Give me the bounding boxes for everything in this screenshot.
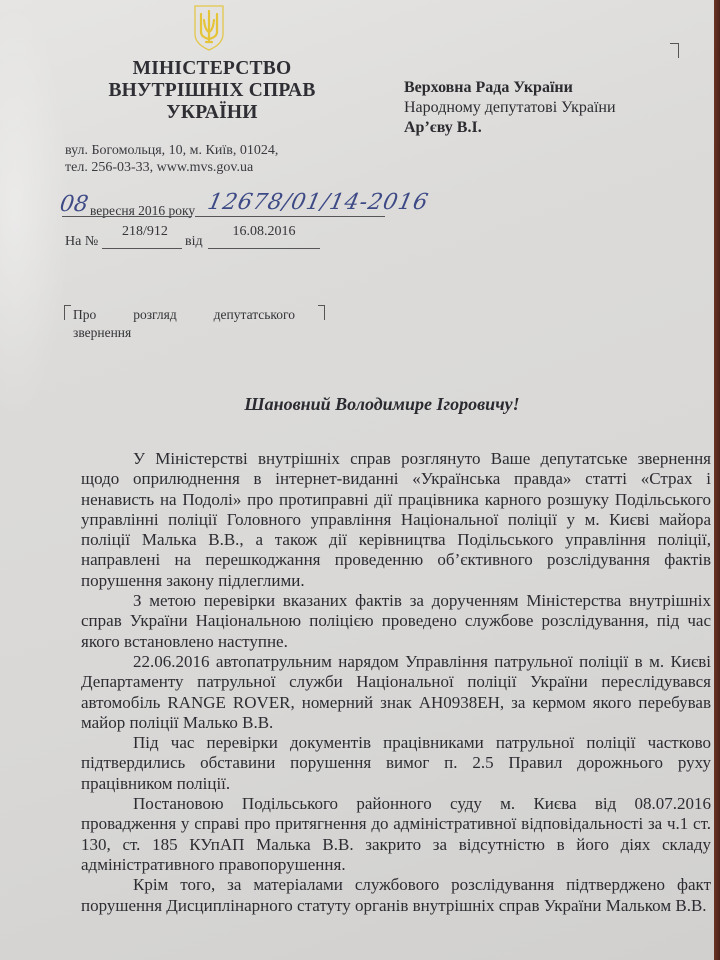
ministry-line-2: ВНУТРІШНІХ СПРАВ [82,80,342,102]
trident-coat-of-arms-icon [192,4,226,52]
salutation: Шановний Володимире Ігоровичу! [0,394,714,415]
date-underline [62,216,192,217]
reference-label: На № [65,234,98,250]
ministry-address: вул. Богомольця, 10, м. Київ, 01024, тел… [65,142,278,176]
body-paragraph: З метою перевірки вказаних фактів за дор… [81,591,711,652]
reference-number: 218/912 [110,224,180,240]
reference-underline [102,248,182,249]
subject-corner-left [64,305,71,320]
letter-body: У Міністерстві внутрішніх справ розгляну… [81,449,711,916]
recipient-corner-mark [670,43,679,58]
recipient-name: Ар’єву В.І. [404,118,616,138]
ministry-line-3: УКРАЇНИ [82,102,342,124]
outgoing-number: 12678/01/14-2016 [205,190,431,215]
recipient-organization: Верховна Рада України [404,78,616,98]
body-paragraph: 22.06.2016 автопатрульним нарядом Управл… [81,652,711,733]
contact-line: тел. 256-03-33, www.mvs.gov.ua [65,159,278,176]
subject-corner-right [318,305,325,320]
body-paragraph: Крім того, за матеріалами службового роз… [81,875,711,916]
body-paragraph: Постановою Подільського районного суду м… [81,794,711,875]
number-underline [195,216,385,217]
desk-edge [714,0,720,960]
ministry-name: МІНІСТЕРСТВО ВНУТРІШНІХ СПРАВ УКРАЇНИ [82,58,342,124]
reference-from-label: від [185,234,203,250]
recipient-block: Верховна Рада України Народному депутато… [404,78,616,138]
address-line: вул. Богомольця, 10, м. Київ, 01024, [65,142,278,159]
letter-page: МІНІСТЕРСТВО ВНУТРІШНІХ СПРАВ УКРАЇНИ ву… [0,0,714,960]
body-paragraph: У Міністерстві внутрішніх справ розгляну… [81,449,711,591]
handwritten-day: 08 [58,192,90,217]
recipient-title: Народному депутатові України [404,98,616,118]
subject-line-1: Про розгляд депутатського [73,306,295,324]
ministry-line-1: МІНІСТЕРСТВО [82,58,342,80]
subject-line-2: звернення [73,324,295,342]
subject-block: Про розгляд депутатського звернення [73,306,295,342]
reference-date: 16.08.2016 [208,224,320,240]
body-paragraph: Під час перевірки документів працівникам… [81,733,711,794]
reference-date-underline [208,248,320,249]
